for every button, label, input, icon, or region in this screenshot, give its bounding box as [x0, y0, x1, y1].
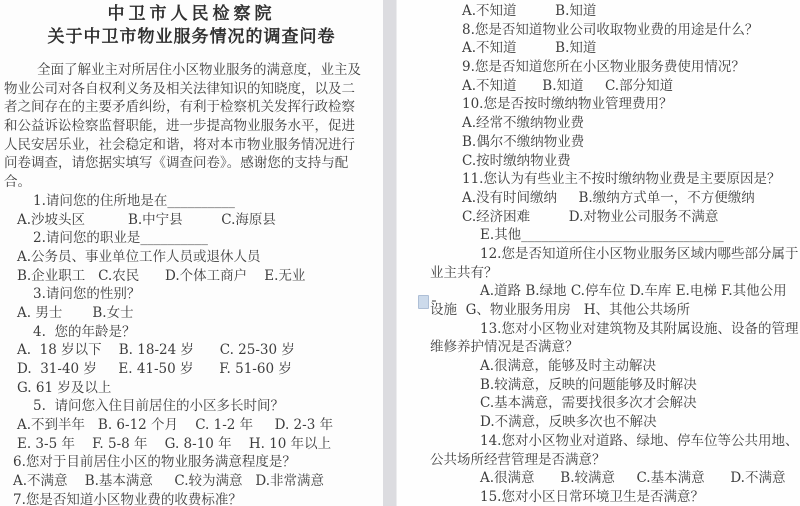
text-line: A.经常不缴纳物业费 [397, 114, 800, 133]
text-line: C.基本满意，需要找很多次才会解决 [397, 394, 800, 413]
document-marker-icon [418, 295, 429, 309]
text-line: 合。 [0, 173, 383, 192]
text-line: 人民安居乐业，社会稳定和谐，将对本市物业服务情况进行 [0, 136, 383, 155]
text-line: 11.您认为有些业主不按时缴纳物业费是主要原因是？ [397, 170, 800, 189]
text-line: 2.请问您的职业是__________ [0, 229, 383, 248]
text-line: B.较满意，反映的问题能够及时解决 [397, 376, 800, 395]
text-line: A.很满意 B.较满意 C.基本满意 D.不满意 [397, 469, 800, 488]
text-line: G. 61 岁及以上 [0, 379, 383, 398]
document-title: 中卫市人民检察院 [0, 3, 383, 26]
text-line: 10.您是否按时缴纳物业管理费用？ [397, 95, 800, 114]
text-line: A.不知道 B.知道 [397, 2, 800, 21]
text-line: 1.请问您的住所地是在__________ [0, 192, 383, 211]
text-line: 7.您是否知道小区物业费的收费标准？ [0, 491, 383, 506]
questionnaire-page-2: A.不知道 B.知道8.您是否知道物业公司收取物业费的用途是什么？A.不知道 B… [396, 0, 800, 506]
marker-dash-icon [432, 300, 436, 302]
text-line: 全面了解业主对所居住小区物业服务的满意度，业主及 [0, 61, 383, 80]
page-1-text-lines: 全面了解业主对所居住小区物业服务的满意度，业主及物业公司对各自权利义务及相关法律… [0, 61, 383, 506]
text-line: A. 男士 B.女士 [0, 304, 383, 323]
text-line: 4. 您的年龄是？ [0, 323, 383, 342]
text-line: E. 3-5 年 F. 5-8 年 G. 8-10 年 H. 10 年以上 [0, 435, 383, 454]
document-subtitle: 关于中卫市物业服务情况的调查问卷 [0, 26, 383, 49]
text-line: A.公务员、事业单位工作人员或退休人员 [0, 248, 383, 267]
text-line: A.沙坡头区 B.中宁县 C.海原县 [0, 211, 383, 230]
text-line: A.很满意，能够及时主动解决 [397, 357, 800, 376]
text-line: 维修养护情况是否满意？ [397, 338, 800, 357]
text-line: D.不满意，反映多次也不解决 [397, 413, 800, 432]
text-line: 者之间存在的主要矛盾纠纷，有利于检察机关发挥行政检察 [0, 98, 383, 117]
text-line: A.道路 B.绿地 C.停车位 D.车库 E.电梯 F.其他公用 [397, 282, 800, 301]
questionnaire-page-1: 中卫市人民检察院 关于中卫市物业服务情况的调查问卷 全面了解业主对所居住小区物业… [0, 0, 383, 506]
text-line: A.不知道 B.知道 [397, 39, 800, 58]
text-line: A.不知道 B.知道 C.部分知道 [397, 77, 800, 96]
text-line: B.偶尔不缴纳物业费 [397, 133, 800, 152]
text-line: A. 18 岁以下 B. 18-24 岁 C. 25-30 岁 [0, 341, 383, 360]
text-line: D. 31-40 岁 E. 41-50 岁 F. 51-60 岁 [0, 360, 383, 379]
text-line: 设施 G、物业服务用房 H、其他公共场所 [397, 301, 800, 320]
text-line: 9.您是否知道您所在小区物业服务费使用情况？ [397, 58, 800, 77]
text-line: C.按时缴纳物业费 [397, 152, 800, 171]
text-line: 和公益诉讼检察监督职能，进一步提高物业服务水平，促进 [0, 117, 383, 136]
text-line: 6.您对于目前居住小区的物业服务满意程度是？ [0, 453, 383, 472]
text-line: 公共场所经营管理是否满意？ [397, 451, 800, 470]
text-line: 问卷调查，请您据实填写《调查问卷》。感谢您的支持与配 [0, 154, 383, 173]
text-line: 5. 请问您入住目前居住的小区多长时间？ [0, 397, 383, 416]
page-2-text-lines: A.不知道 B.知道8.您是否知道物业公司收取物业费的用途是什么？A.不知道 B… [397, 2, 800, 506]
text-line: E.其他______________________________ [397, 226, 800, 245]
text-line: 13.您对小区物业对建筑物及其附属设施、设备的管理 [397, 320, 800, 339]
text-line: 3.请问您的性别？ [0, 285, 383, 304]
text-line: 12.您是否知道所住小区物业服务区域内哪些部分属于 [397, 245, 800, 264]
text-line: 15.您对小区日常环境卫生是否满意？ [397, 488, 800, 506]
smart-tag-icon[interactable] [418, 295, 436, 309]
text-line: A.没有时间缴纳 B.缴纳方式单一，不方便缴纳 [397, 189, 800, 208]
text-line: 8.您是否知道物业公司收取物业费的用途是什么？ [397, 21, 800, 40]
document-viewer: 中卫市人民检察院 关于中卫市物业服务情况的调查问卷 全面了解业主对所居住小区物业… [0, 0, 800, 506]
page-gap-divider [383, 0, 396, 506]
text-line: A.不满意 B.基本满意 C.较为满意 D.非常满意 [0, 472, 383, 491]
text-line: 物业公司对各自权利义务及相关法律知识的知晓度，以及二 [0, 80, 383, 99]
text-line: 业主共有？ [397, 264, 800, 283]
text-line: A.不到半年 B. 6-12 个月 C. 1-2 年 D. 2-3 年 [0, 416, 383, 435]
text-line: B.企业职工 C.农民 D.个体工商户 E.无业 [0, 267, 383, 286]
text-line: 14.您对小区物业对道路、绿地、停车位等公共用地、 [397, 432, 800, 451]
text-line: C.经济困难 D.对物业公司服务不满意 [397, 208, 800, 227]
